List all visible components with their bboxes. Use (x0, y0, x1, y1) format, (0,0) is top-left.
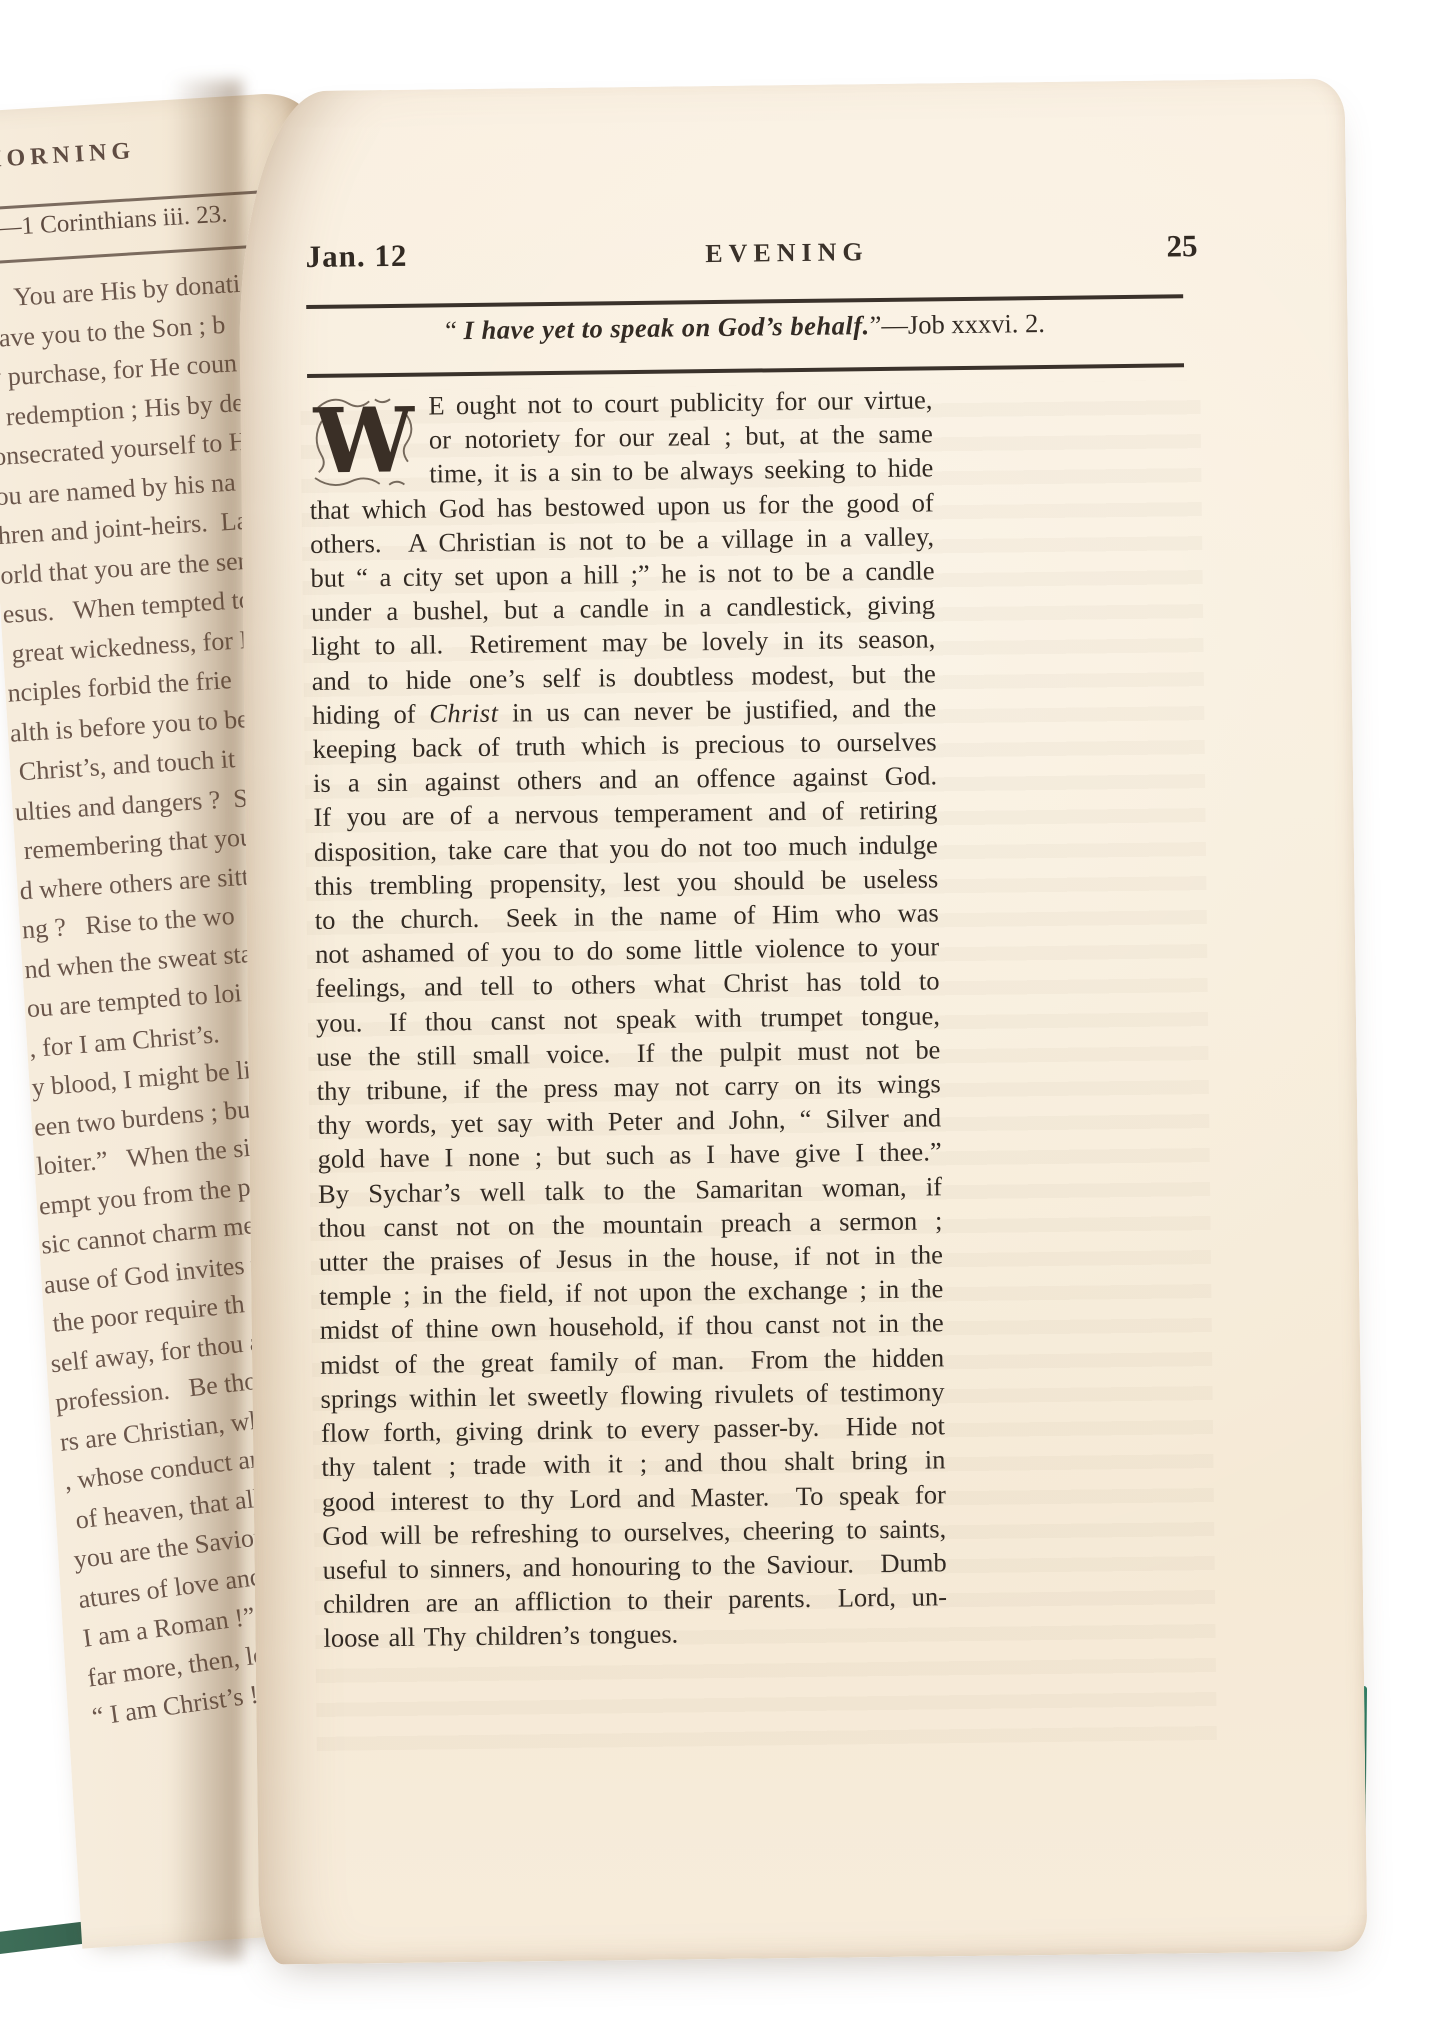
ornate-drop-cap: W (308, 391, 423, 492)
body-line: loose all Thy children’s tongues. (323, 1614, 947, 1656)
drop-cap-letter: W (312, 391, 416, 492)
drop-cap-flourish-art: W (308, 391, 423, 492)
section-title: EVENING (407, 233, 1167, 272)
page-number: 25 (1166, 228, 1197, 264)
page-date: Jan. 12 (305, 238, 407, 275)
quote-rule-top (306, 294, 1183, 308)
book-gutter-shadow (170, 80, 242, 1960)
devotional-text-column: W E ought not to court publicity for our… (308, 382, 947, 1655)
left-page-running-head: MORNING (0, 138, 136, 174)
right-page-header: Jan. 12 EVENING 25 (305, 228, 1197, 275)
open-book-photo: MORNING Jan. .”—1 Corinthians iii. 23. ”… (0, 0, 1445, 2023)
quote-rule-bottom (307, 363, 1184, 377)
right-page: Jan. 12 EVENING 25 “ I have yet to speak… (237, 78, 1368, 1964)
scripture-quote: “ I have yet to speak on God’s behalf.”—… (306, 306, 1183, 348)
